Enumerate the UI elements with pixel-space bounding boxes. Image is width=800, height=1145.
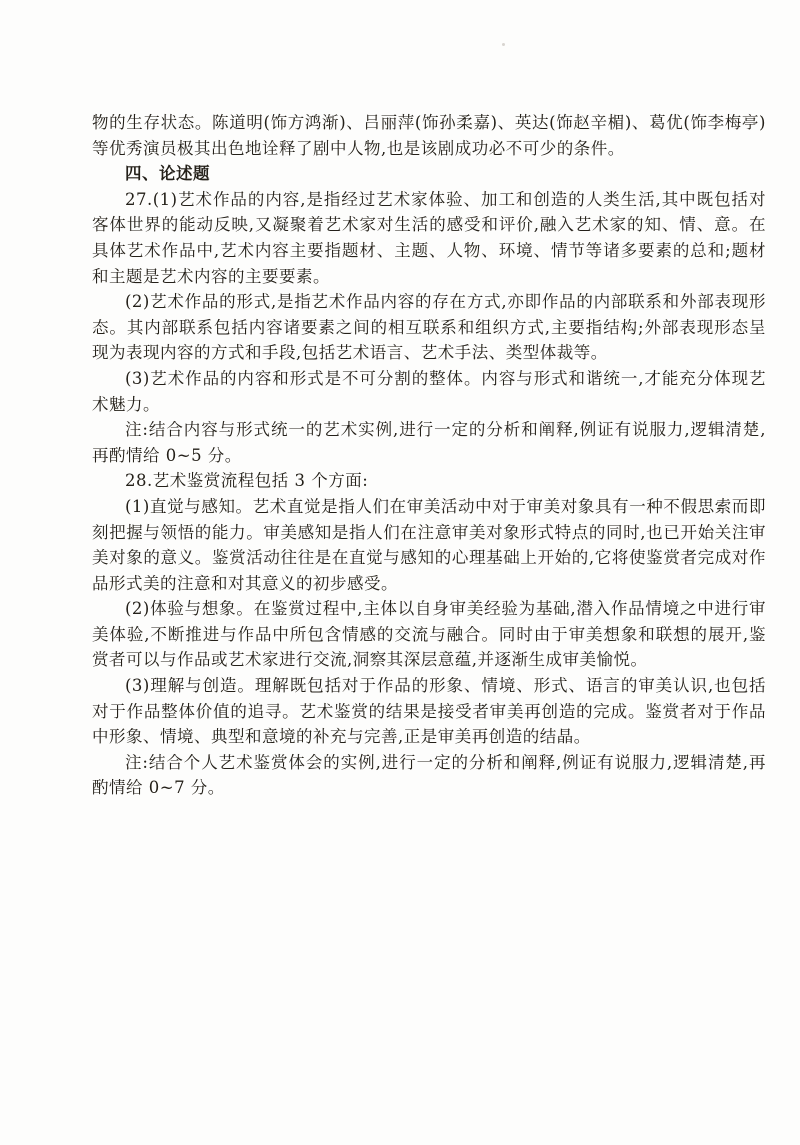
- paragraph-answer-27-1: 27.(1)艺术作品的内容,是指经过艺术家体验、加工和创造的人类生活,其中既包括…: [92, 187, 766, 289]
- section-heading: 四、论述题: [92, 161, 766, 187]
- document-text-block: 物的生存状态。陈道明(饰方鸿渐)、吕丽萍(饰孙柔嘉)、英达(饰赵辛楣)、葛优(饰…: [92, 110, 766, 801]
- paragraph-answer-28-2: (2)体验与想象。在鉴赏过程中,主体以自身审美经验为基础,潜入作品情境之中进行审…: [92, 596, 766, 673]
- paragraph-answer-28-1: (1)直觉与感知。艺术直觉是指人们在审美活动中对于审美对象具有一种不假思索而即刻…: [92, 494, 766, 596]
- scan-artifact-speck: [502, 43, 505, 46]
- scanned-document-page: 物的生存状态。陈道明(饰方鸿渐)、吕丽萍(饰孙柔嘉)、英达(饰赵辛楣)、葛优(饰…: [0, 0, 800, 1145]
- paragraph-answer-28-intro: 28.艺术鉴赏流程包括 3 个方面:: [92, 468, 766, 494]
- paragraph-answer-27-2: (2)艺术作品的形式,是指艺术作品内容的存在方式,亦即作品的内部联系和外部表现形…: [92, 289, 766, 366]
- paragraph-answer-27-3: (3)艺术作品的内容和形式是不可分割的整体。内容与形式和谐统一,才能充分体现艺术…: [92, 366, 766, 417]
- paragraph-answer-28-note: 注:结合个人艺术鉴赏体会的实例,进行一定的分析和阐释,例证有说服力,逻辑清楚,再…: [92, 750, 766, 801]
- paragraph-continuation: 物的生存状态。陈道明(饰方鸿渐)、吕丽萍(饰孙柔嘉)、英达(饰赵辛楣)、葛优(饰…: [92, 110, 766, 161]
- paragraph-answer-27-note: 注:结合内容与形式统一的艺术实例,进行一定的分析和阐释,例证有说服力,逻辑清楚,…: [92, 417, 766, 468]
- paragraph-answer-28-3: (3)理解与创造。理解既包括对于作品的形象、情境、形式、语言的审美认识,也包括对…: [92, 673, 766, 750]
